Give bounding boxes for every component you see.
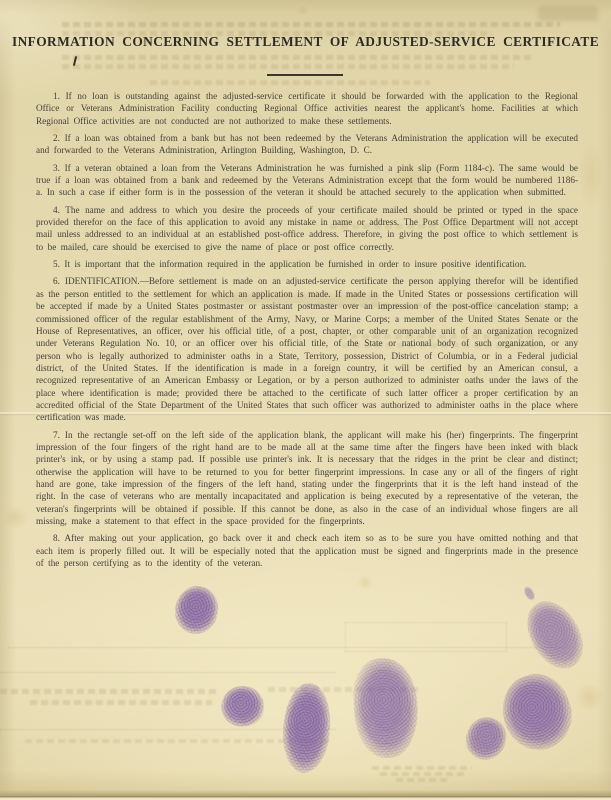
fingerprint-smudge bbox=[516, 592, 594, 678]
paper-stain bbox=[356, 576, 374, 589]
fingerprint-smudge bbox=[351, 656, 422, 760]
bleedthrough-text-ghost bbox=[62, 64, 514, 69]
fingerprint-ink-speck bbox=[522, 585, 537, 602]
paragraph-6: 6. IDENTIFICATION.—Before settlement is … bbox=[36, 275, 578, 423]
paper-bottom-edge bbox=[0, 790, 611, 800]
bleedthrough-dotted-line bbox=[0, 672, 336, 673]
paragraph-4: 4. The name and address to which you des… bbox=[36, 204, 578, 253]
paper-stain bbox=[2, 506, 30, 528]
fingerprint-smudge bbox=[171, 583, 222, 638]
paragraph-1: 1. If no loan is outstanding against the… bbox=[36, 90, 578, 127]
paragraph-5: 5. It is important that the information … bbox=[36, 258, 578, 270]
fingerprint-smudge bbox=[221, 686, 264, 727]
fingerprint-smudge bbox=[493, 665, 581, 758]
bleedthrough-text-ghost bbox=[150, 80, 430, 85]
document-page: INFORMATION CONCERNING SETTLEMENT OF ADJ… bbox=[0, 0, 611, 800]
bleedthrough-form-footer-ghost bbox=[380, 772, 465, 776]
paper-stain bbox=[296, 6, 310, 15]
bleedthrough-form-footer-ghost bbox=[396, 778, 451, 782]
paragraph-8: 8. After making out your application, go… bbox=[36, 532, 578, 569]
paragraph-3: 3. If a veteran obtained a loan from the… bbox=[36, 162, 578, 199]
paper-stain bbox=[578, 140, 604, 210]
paragraph-2: 2. If a loan was obtained from a bank bu… bbox=[36, 132, 578, 157]
stray-ink-mark bbox=[73, 56, 77, 66]
bleedthrough-caution-ghost bbox=[538, 6, 598, 21]
title-underline bbox=[267, 74, 343, 76]
bleedthrough-text-ghost bbox=[62, 55, 532, 60]
document-body: 1. If no loan is outstanding against the… bbox=[36, 90, 578, 574]
fingerprint-smudge bbox=[280, 681, 333, 774]
bleedthrough-box-ghost bbox=[345, 622, 507, 652]
document-title: INFORMATION CONCERNING SETTLEMENT OF ADJ… bbox=[0, 34, 611, 50]
bleedthrough-form-footer-ghost bbox=[372, 766, 472, 770]
paper-stain bbox=[574, 684, 606, 710]
bleedthrough-text-ghost bbox=[30, 700, 212, 705]
paragraph-7: 7. In the rectangle set-off on the left … bbox=[36, 429, 578, 528]
bleedthrough-text-ghost bbox=[0, 689, 220, 694]
bleedthrough-text-ghost bbox=[62, 22, 560, 27]
bleedthrough-dotted-line bbox=[8, 647, 560, 648]
